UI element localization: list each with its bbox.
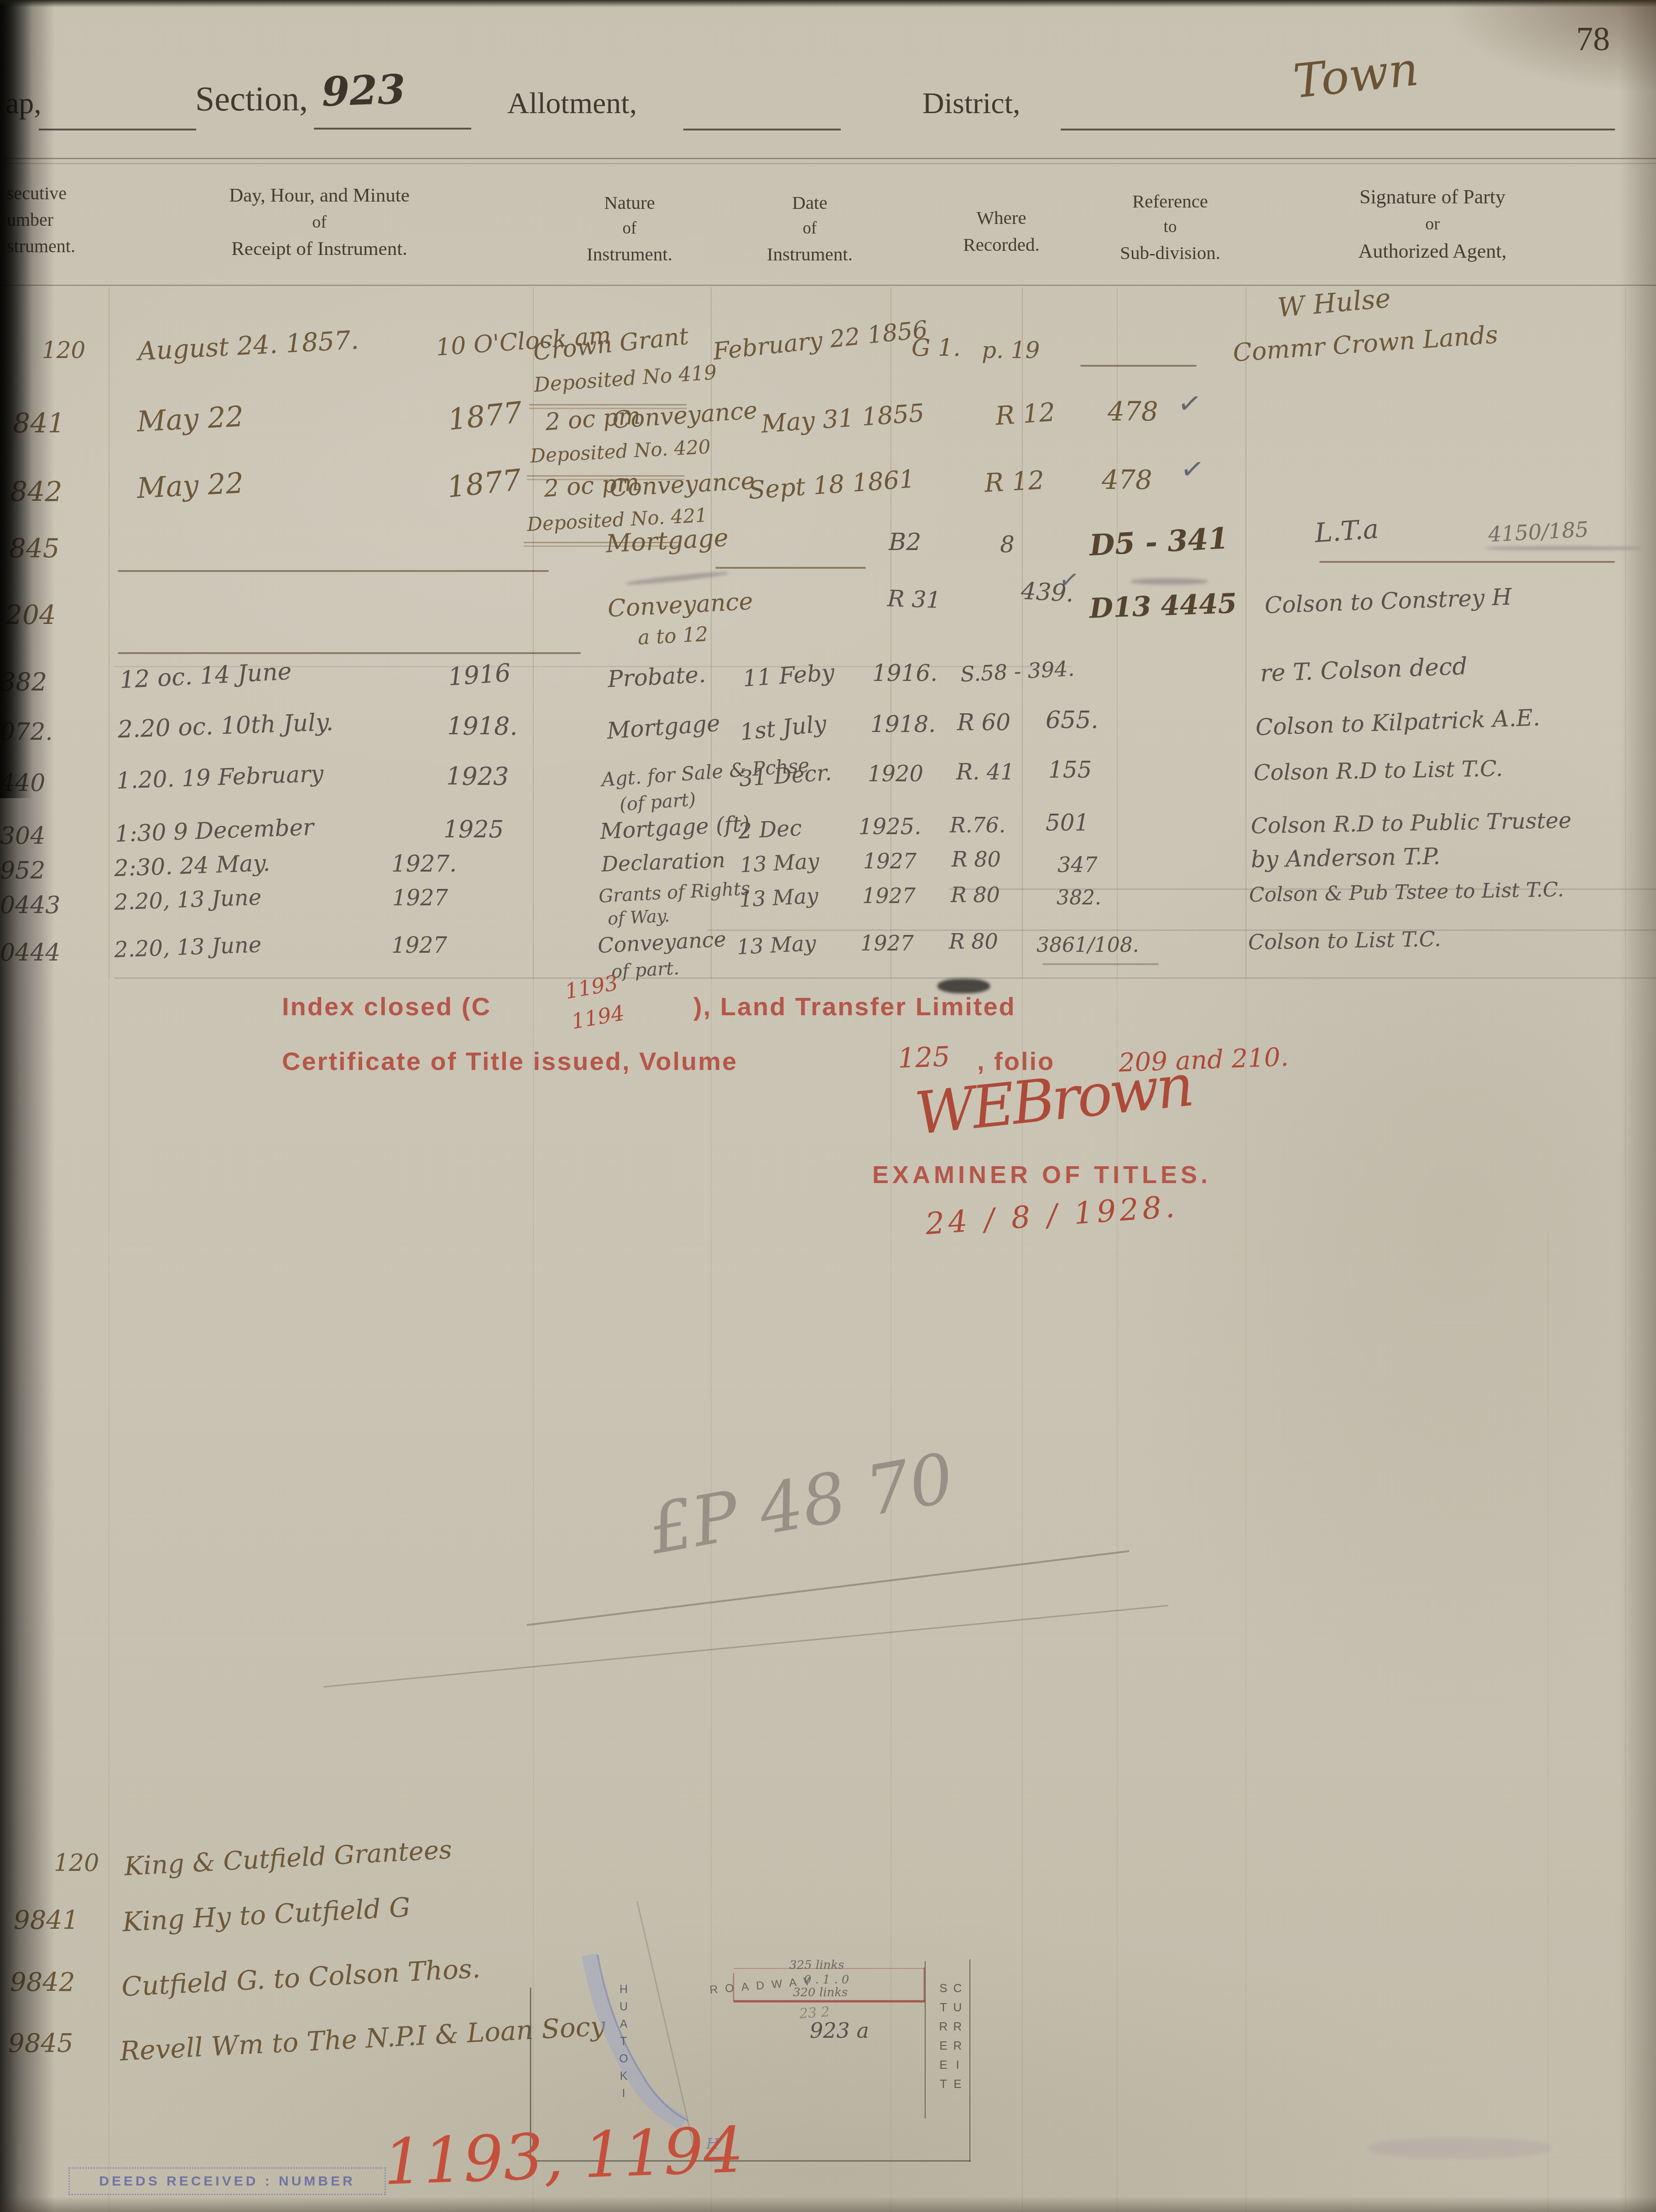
check-icon: ✓ [1176,385,1204,422]
row-receipt-year: 1927. [391,852,457,876]
index-closed-number-top: 1193 [563,971,620,1002]
allotment-underline [683,129,841,130]
examiner-signature: WEBrown [912,1055,1194,1145]
column-rule-line [109,978,109,2212]
district-value: Town [1291,45,1421,106]
pencil-smudge [1130,578,1208,585]
column-rule [890,287,891,978]
row-nature: Mortgage [605,525,729,557]
row-signature: by Anderson T.P. [1251,844,1441,872]
row-reference: 8 [1000,533,1015,557]
decorative: of [137,210,502,235]
column-rule [1245,287,1246,978]
row-nature: Conveyance [597,928,727,957]
row-nature: Grants of Rights [598,879,750,906]
decorative: of [725,216,894,241]
row-date: 1st July [739,711,828,744]
certificate-volume: 125 [897,1043,951,1073]
check-icon: ✓ [1178,451,1207,488]
page-right-edge [1620,0,1656,2212]
row-date-year: 1927 [860,932,914,954]
row-deposit-note: Deposited No 419 [533,362,718,396]
section-label: Section, [195,81,308,118]
decorative: Where [926,204,1077,231]
row-where: R 80 [952,848,1001,870]
row-where: B2 [889,530,921,555]
row-signature: W Hulse [1276,284,1392,322]
ink-blotch [937,979,990,993]
row-reference-2: D13 4445 [1089,589,1237,623]
decorative: or [1273,212,1592,237]
row-nature-2: of part. [611,959,680,981]
column-rule [1022,287,1023,978]
decorative: Receipt of Instrument. [137,235,502,263]
row-nature: Declaration [601,849,725,875]
index-closed-stamp-pre: Index closed (C [282,993,491,1020]
row-signature: re T. Colson decd [1260,654,1468,686]
page-top-edge [0,0,1656,7]
row-receipt: 2.20, 13 June [114,933,262,961]
column-header-where: WhereRecorded. [926,204,1077,259]
district-label: District, [922,88,1020,119]
row-nature: Conveyance [607,589,754,622]
row-nature: Mortgage (ft) [599,812,750,843]
row-reference: 155 [1048,758,1092,782]
book-gutter-shadow-dark [0,0,32,798]
decorative: Reference [1093,188,1248,215]
row-reference: 347 [1057,854,1098,876]
row-date-year: 1916. [872,661,937,685]
column-header-reference: ReferencetoSub-division. [1093,188,1248,267]
margin-rule [1547,1231,1548,2212]
ruled-line [707,929,1656,931]
page-bottom-edge [0,2196,1656,2212]
plan-area: 0 . 1 . 0 [804,1974,849,1986]
row-where: R 12 [995,399,1056,430]
index-item-text: King Hy to Cutfield G [122,1894,411,1937]
pencil-stroke [323,1605,1168,1688]
column-rule [711,287,712,978]
plan-stream-label: HUATOKI [617,1983,630,2104]
row-receipt-year: 1877 [447,398,524,436]
row-where: R 80 [949,930,998,952]
row-nature: Probate. [607,662,706,691]
row-date-year: 1927 [863,850,917,872]
row-nature-2: (of part) [619,790,697,815]
decorative: Authorized Agent, [1273,237,1592,266]
row-receipt: 2.20, 13 June [114,886,262,914]
reference-underline [1042,963,1159,965]
column-rule [109,287,109,978]
index-closed-number-bottom: 1194 [570,1002,626,1033]
decorative: of [543,216,716,241]
header-rule [0,163,1656,164]
row-date: 2 Dec [738,816,802,843]
column-header-date: DateofInstrument. [725,189,894,268]
row-receipt-year: 1923 [446,764,509,790]
faint-stamp-smudge [1369,2138,1551,2158]
index-item-number: 120 [54,1851,99,1876]
pencil-strike [1485,546,1640,550]
column-rule-line [1245,978,1246,2212]
row-signature: Colson & Pub Tstee to List T.C. [1249,879,1564,906]
blank-dash [1319,561,1615,563]
deeds-register-page: 78 ap, Section, 923 Allotment, District,… [0,0,1656,2212]
blank-dash [715,567,866,569]
district-underline [1061,129,1615,130]
index-item-text: Cutfield G. to Colson Thos. [121,1954,481,2001]
row-date: 11 Feby [742,660,835,691]
map-underline [39,129,196,130]
column-rule [1117,287,1118,978]
decorative: Sub-division. [1093,239,1248,266]
row-nature: Conveyance [609,469,755,501]
section-underline [314,128,471,130]
header-rule [0,158,1656,159]
row-reference-2: D5 - 341 [1088,523,1229,561]
decorative: Day, Hour, and Minute [137,182,502,210]
decorative: Recorded. [926,231,1077,258]
row-nature-2: a to 12 [637,624,709,649]
row-reference: 478 [1108,398,1158,426]
row-date-year: 1925. [859,815,921,838]
column-header-receipt: Day, Hour, and MinuteofReceipt of Instru… [137,182,502,264]
row-where: S.58 - 394. [960,657,1075,685]
row-date: 31 Decr. [738,761,832,790]
row-where: R. 41 [956,761,1015,784]
row-signature: Colson to Kilpatrick A.E. [1255,706,1540,739]
row-receipt-year: 1918. [447,714,518,740]
row-signature: Colson R.D to Public Trustee [1251,809,1572,838]
row-where: R.76. [950,814,1005,836]
check-icon: ✓ [1057,565,1081,595]
ruled-line [114,977,1656,979]
row-receipt: May 22 [136,401,244,436]
row-reference: 501 [1046,811,1089,835]
row-reference: 3861/108. [1036,935,1139,956]
decorative: Nature [543,189,716,216]
row-where: R 31 [887,587,941,613]
column-rule [533,287,534,978]
row-reference: 382. [1057,888,1101,909]
row-receipt: 1:30 9 December [115,815,314,846]
row-receipt: May 22 [136,468,244,503]
decorative: Instrument. [725,241,894,268]
plan-dimension-bottom: 320 links [793,1987,848,1999]
row-receipt: 1.20. 19 February [116,762,324,793]
row-date-year: 1927 [862,885,916,907]
row-where: R 12 [984,467,1045,498]
allotment-label: Allotment, [507,88,637,119]
row-where: G 1. [911,336,961,361]
deeds-received-numbers: 1193, 1194 [382,2117,745,2196]
certificate-stamp: Certificate of Title issued, Volume [282,1048,738,1075]
header-rule [0,285,1656,286]
row-receipt-year: 1925 [443,817,504,842]
column-header-nature: NatureofInstrument. [543,189,716,268]
deeds-received-stamp: DEEDS RECEIVED : NUMBER [68,2167,386,2195]
decorative: to [1093,215,1248,239]
row-signature-2: Commr Crown Lands [1232,322,1499,366]
plan-dimension-top: 325 links [789,1959,844,1972]
blank-dash [118,570,549,572]
pencil-stroke [527,1550,1130,1626]
decorative: Signature of Party [1273,182,1592,212]
index-item-text: King & Cutfield Grantees [124,1837,453,1880]
column-header-signature: Signature of PartyorAuthorized Agent, [1273,182,1592,266]
row-receipt: 12 oc. 14 June [119,659,292,693]
row-receipt-year: 1916 [447,660,511,690]
row-reference: 478 [1102,466,1152,494]
row-deposit-note: Deposited No. 420 [530,437,711,467]
row-date: 13 May [739,850,820,876]
row-date: 13 May [736,932,817,958]
row-reference: 655. [1046,708,1099,733]
decorative: Date [725,189,894,216]
plan-street-label: CURRIE STREET [936,1981,964,2212]
row-receipt-year: 1927 [391,934,447,957]
blank-dash [118,652,581,654]
row-date: 13 May [739,884,819,910]
index-closed-stamp-post: ), Land Transfer Limited [693,993,1016,1020]
section-value: 923 [321,68,406,113]
blank-dash [1080,365,1197,367]
row-where: R 80 [951,884,1000,906]
examiner-date: 24 / 8 / 1928. [924,1191,1179,1240]
row-signature: Colson R.D to List T.C. [1254,757,1503,784]
row-date: May 31 1855 [760,400,925,438]
row-nature: Mortgage [606,711,721,743]
row-nature-2: of Way. [607,907,670,928]
pencil-strike [626,570,729,586]
row-signature: Colson to Constrey H [1264,585,1512,618]
row-date-year: 1918. [870,712,936,737]
decorative: Instrument. [543,241,716,268]
row-signature-2: 4150/185 [1488,518,1589,545]
plan-lot-label: 923 a [810,2020,869,2041]
row-receipt-year: 1877 [446,465,523,504]
row-where: R 60 [957,711,1010,735]
row-receipt-year: 1927 [392,887,448,909]
row-signature: Colson to List T.C. [1248,928,1441,953]
row-date-year: 1920 [868,763,923,785]
row-reference: p. 19 [982,338,1040,363]
row-receipt: 2:30. 24 May. [114,851,271,880]
row-receipt: August 24. 1857. [137,327,359,365]
pencil-note: £P 48 70 [644,1443,959,1567]
row-receipt: 2.20 oc. 10th July. [117,710,333,743]
examiner-of-titles-stamp: EXAMINER OF TITLES. [872,1162,1211,1188]
row-signature: L.T.a [1314,515,1380,547]
row-date: February 22 1856 [712,317,929,364]
